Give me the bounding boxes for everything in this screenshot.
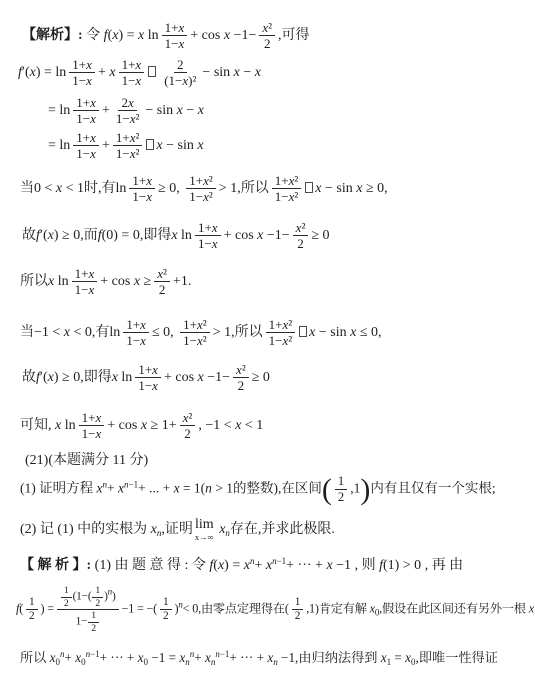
text-run: (2) 记 (1) 中的实根为 <box>20 522 147 537</box>
math-run: ,1) <box>306 601 319 615</box>
math-run: x ln <box>52 418 76 433</box>
fraction: 2x1−x² <box>113 95 143 127</box>
missing-glyph-box <box>305 182 313 193</box>
math-run: x ln <box>171 228 192 243</box>
math-run: + ··· + x <box>229 650 273 665</box>
text-run: 的整数) <box>233 480 278 495</box>
text-run: ,即得 <box>80 370 112 385</box>
text-run: ,证明 <box>161 522 193 537</box>
math-run: ≥ 0 <box>311 228 329 243</box>
text-run: , 再 由 <box>421 558 463 573</box>
math-solution-document: 【解析】: 令 f(x) = x ln1+x1−x+ cos x −1−x²2,… <box>0 0 535 686</box>
math-run: x − sin x ≤ 0 <box>309 325 378 340</box>
conclusion-positive-line-2: 所以x ln1+x1−x+ cos x ≥x²2+1. <box>20 266 191 298</box>
math-run: = ln <box>48 138 70 153</box>
fraction: 1+x1−x <box>129 173 155 205</box>
text-run: 所以 <box>20 274 48 289</box>
fraction: 12 <box>88 610 99 634</box>
case-positive-line: 当0 < x < 1时,有ln1+x1−x≥ 0, 1+x²1−x²> 1,所以… <box>20 173 388 205</box>
derivative-line-1: f′(x) = ln1+x1−x+ x1+x1−x2(1−x)²− sin x … <box>18 57 261 89</box>
fraction: 1+x1−x <box>162 20 188 52</box>
math-run: ,1 <box>350 480 360 495</box>
fraction: 1+x²1−x² <box>180 317 210 349</box>
math-run: + cos x −1− <box>224 228 290 243</box>
math-run: + x <box>194 650 211 665</box>
text-run: 当 <box>20 325 34 340</box>
case-negative-line: 当−1 < x < 0,有ln1+x1−x≤ 0, 1+x²1−x²> 1,所以… <box>20 317 382 349</box>
text-run: ,在区间 <box>278 480 322 495</box>
superscript: n−1 <box>215 649 229 659</box>
math-run: < 0 <box>183 601 198 615</box>
math-run: −1 < x < 0 <box>34 325 92 340</box>
math-run: > 1 <box>213 325 231 340</box>
math-run: f′(x) ≥ 0 <box>36 370 80 385</box>
derivative-line-2: = ln1+x1−x+2x1−x²− sin x − x <box>48 95 204 127</box>
math-run: ) <box>112 591 116 603</box>
text-run: (1) 证明方程 <box>20 480 93 495</box>
math-run: + cos x −1− <box>164 370 230 385</box>
conclusion-negative-line: 故f′(x) ≥ 0,即得x ln1+x1−x+ cos x −1−x²2≥ 0 <box>22 362 270 394</box>
final-inequality-line: 可知, x ln1+x1−x+ cos x ≥ 1+x²2, −1 < x < … <box>20 410 263 442</box>
math-run: − sin x − x <box>145 103 204 118</box>
conclusion-positive-line-1: 故f′(x) ≥ 0,而f(0) = 0,即得x ln1+x1−x+ cos x… <box>22 220 330 252</box>
math-run: x <box>93 480 102 495</box>
fraction: 12 <box>26 596 37 624</box>
fraction: 12 <box>61 585 72 609</box>
math-run: x − sin x ≥ 0 <box>315 181 384 196</box>
text-run: ,即得 <box>140 228 172 243</box>
math-run: +1 <box>173 274 188 289</box>
limit-expression: limx→∞ <box>195 518 214 542</box>
fraction: 12 <box>160 596 171 624</box>
math-run: + cos x ≥ <box>100 274 151 289</box>
fraction: 12 <box>292 596 303 624</box>
fraction: 1+x²1−x² <box>113 130 143 162</box>
problem-21-part2-line: (2) 记 (1) 中的实根为 xn,证明limx→∞ xn存在,并求此极限. <box>20 518 335 542</box>
math-run: x <box>526 601 534 615</box>
math-run: ln <box>109 325 120 340</box>
math-run: x ln <box>112 370 133 385</box>
missing-glyph-box <box>146 139 154 150</box>
fraction: 1+x1−x <box>135 362 161 394</box>
text-run: ,由零点定理得在 <box>198 601 285 615</box>
solution21-fhalf-line: f(12) =12(1−(12)n)1−12−1 = −(12)n< 0,由零点… <box>16 585 535 634</box>
text-run: , <box>170 325 177 340</box>
math-run: f(0) = 0 <box>98 228 140 243</box>
fraction: 1+x²1−x² <box>272 173 302 205</box>
text-run: 故 <box>22 228 36 243</box>
math-run: x <box>377 650 386 665</box>
fraction: x²2 <box>180 410 196 442</box>
fraction: 1+x1−x <box>119 57 145 89</box>
solution24-definition-line: 【解析】: 令 f(x) = x ln1+x1−x+ cos x −1−x²2,… <box>22 20 310 52</box>
math-run: x <box>147 522 157 537</box>
math-run: + <box>102 103 110 118</box>
text-run: 时,有 <box>84 181 116 196</box>
math-run: f(x) = x ln <box>104 28 159 43</box>
math-run: ln <box>116 181 127 196</box>
solution21-intro-line: 【 解 析 】: (1) 由 题 意 得 : 令 f(x) = xn+ xn−1… <box>20 557 463 575</box>
math-run: f( <box>16 601 23 615</box>
fraction: 2(1−x)² <box>161 57 199 89</box>
text-run: ,有 <box>92 325 110 340</box>
math-run: x <box>216 522 226 537</box>
superscript: n−1 <box>86 649 100 659</box>
fraction: 1+x²1−x² <box>186 173 216 205</box>
math-run: x ln <box>48 274 69 289</box>
math-run: x <box>46 650 55 665</box>
math-run: 1− <box>76 616 88 628</box>
math-run: f(1) > 0 <box>379 558 421 573</box>
fraction: 1+x1−x <box>73 95 99 127</box>
text-run: , <box>378 325 382 340</box>
bold-label: 【 解 析 】: <box>20 558 91 573</box>
math-run: + ··· + x −1 <box>286 558 351 573</box>
big-paren: ) <box>360 473 370 506</box>
fraction: 1+x1−x <box>69 57 95 89</box>
math-run: + ... + x = 1(n > 1 <box>138 480 233 495</box>
bold-label: 【解析】: <box>22 28 83 43</box>
text-run: 所以 <box>20 650 46 665</box>
math-run: 0 < x < 1 <box>34 181 84 196</box>
math-run: (1−( <box>73 591 92 603</box>
text-run: , <box>176 181 183 196</box>
math-run: − sin x − x <box>202 65 261 80</box>
text-run: ,可得 <box>278 28 310 43</box>
math-run: > 1 <box>219 181 237 196</box>
text-run: 令 <box>83 28 104 43</box>
math-run: + cos x ≥ 1+ <box>107 418 176 433</box>
math-run: ≤ 0 <box>152 325 170 340</box>
math-run: f′(x) ≥ 0 <box>36 228 80 243</box>
math-run: + ··· + x <box>100 650 144 665</box>
text-run: ,而 <box>80 228 98 243</box>
math-run: ) = <box>41 601 54 615</box>
text-run: (1) 由 题 意 得 : 令 <box>91 558 209 573</box>
text-run: 故 <box>22 370 36 385</box>
fraction: 12 <box>92 585 103 609</box>
math-run: −1 <box>278 650 295 665</box>
math-run: x <box>367 601 375 615</box>
problem-21-part1-line: (1) 证明方程 xn+ xn−1+ ... + x = 1(n > 1的整数)… <box>20 474 496 505</box>
fraction: 12(1−(12)n)1−12 <box>57 585 119 634</box>
text-run: ,假设在此区间还有另外一根 <box>379 601 526 615</box>
text-run: , <box>384 181 388 196</box>
text-run: ,即唯一性得证 <box>416 650 498 665</box>
math-run: + x <box>98 65 116 80</box>
math-run: ≥ 0 <box>252 370 270 385</box>
missing-glyph-box <box>299 326 307 337</box>
missing-glyph-box <box>148 66 156 77</box>
fraction: x²2 <box>154 266 170 298</box>
big-paren: ( <box>322 473 332 506</box>
text-run: , 则 <box>351 558 379 573</box>
derivative-line-3: = ln1+x1−x+1+x²1−x²x − sin x <box>48 130 204 162</box>
text-run: ,所以 <box>237 181 269 196</box>
text-run: 存在,并求此极限. <box>230 522 335 537</box>
superscript: n−1 <box>124 479 138 489</box>
text-run: (21)(本题满分 11 分) <box>25 453 148 468</box>
fraction: 1+x1−x <box>72 266 98 298</box>
math-run: f′(x) = ln <box>18 65 66 80</box>
fraction: 1+x1−x <box>123 317 149 349</box>
math-run: −1 = −( <box>122 601 157 615</box>
fraction: x²2 <box>293 220 309 252</box>
math-run: + x <box>65 650 82 665</box>
math-run: x − sin x <box>156 138 203 153</box>
math-run: f(x) = x <box>209 558 250 573</box>
math-run: −1 = x <box>148 650 185 665</box>
math-run: ( <box>285 601 289 615</box>
fraction: 1+x1−x <box>79 410 105 442</box>
fraction: x²2 <box>259 20 275 52</box>
math-run: + x <box>107 480 124 495</box>
text-run: 肯定有解 <box>319 601 367 615</box>
math-run: + cos x −1− <box>190 28 256 43</box>
math-run: = ln <box>48 103 70 118</box>
math-run: = x <box>391 650 411 665</box>
text-run: 可知, <box>20 418 52 433</box>
text-run: 内有且仅有一个实根; <box>370 480 495 495</box>
superscript: n−1 <box>272 556 286 566</box>
math-run: + <box>102 138 110 153</box>
problem-21-header-line: (21)(本题满分 11 分) <box>25 452 148 470</box>
fraction: 1+x1−x <box>73 130 99 162</box>
text-run: . <box>188 274 192 289</box>
fraction: x²2 <box>233 362 249 394</box>
math-run: ≥ 0 <box>158 181 176 196</box>
text-run: ,由归纳法得到 <box>295 650 377 665</box>
fraction: 1+x1−x <box>195 220 221 252</box>
text-run: 当 <box>20 181 34 196</box>
solution21-uniqueness-line: 所以 x0n+ x0n−1+ ··· + x0 −1 = xnn+ xnn−1+… <box>20 650 498 667</box>
math-run: + x <box>254 558 272 573</box>
text-run: ,所以 <box>231 325 263 340</box>
fraction: 1+x²1−x² <box>266 317 296 349</box>
fraction: 12 <box>335 474 347 505</box>
math-run: , −1 < x < 1 <box>198 418 263 433</box>
